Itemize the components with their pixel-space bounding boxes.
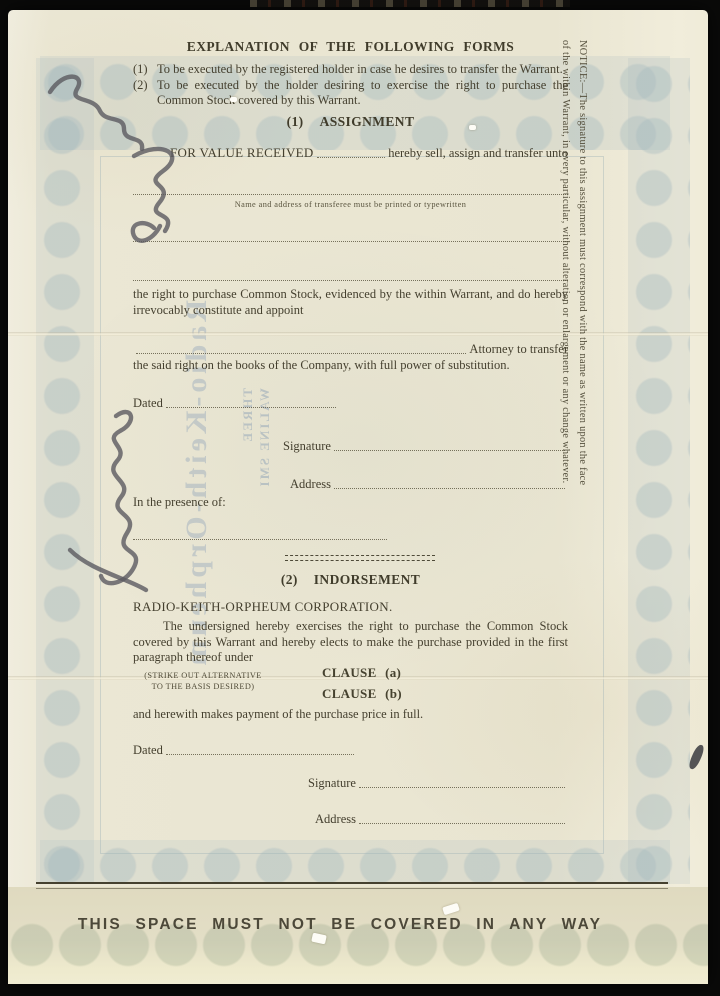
ghost-line: THREE [240,388,255,578]
dotted-blank-attorney [136,353,466,354]
indorsement-heading-number: (2) [281,572,298,587]
clause-a-option: CLAUSE (a) [322,665,401,681]
attorney-line: Attorney to transfer [133,342,568,356]
dotted-blank-address [334,488,565,489]
indorsement-address-field: Address [315,812,568,826]
indorsement-paragraph: The undersigned hereby exercises the rig… [133,619,568,666]
for-value-received-line: FOR VALUE RECEIVED hereby sell, assign a… [170,146,568,160]
dotted-blank-dated-2 [166,754,354,755]
handwritten-signature-left [40,402,162,600]
signature-label: Signature [308,776,356,790]
bottom-warning-text: THIS SPACE MUST NOT BE COVERED IN ANY WA… [60,916,620,934]
attorney-label: Attorney to transfer [469,342,568,356]
witness-blank-line [133,539,387,540]
payment-line: and herewith makes payment of the purcha… [133,707,568,723]
assignment-heading-number: (1) [287,114,304,129]
fold-crease-upper [8,332,708,336]
scanned-warrant-back-page: Radio-Keith-Orpheum THREE WALINE SMI NOT… [0,0,720,996]
clause-b-option: CLAUSE (b) [322,686,402,702]
bottom-rule [36,882,668,889]
assignment-signature-field: Signature [283,439,568,453]
strike-out-note: (STRIKE OUT ALTERNATIVE TO THE BASIS DES… [136,671,270,692]
indorsement-signature-field: Signature [308,776,568,790]
strike-out-note-line-2: TO THE BASIS DESIRED) [152,682,255,691]
dotted-blank-signature-2 [359,787,565,788]
for-value-received-rest: hereby sell, assign and transfer unto [388,146,568,160]
ghost-showthrough-text: THREE WALINE SMI [238,388,274,578]
address-label: Address [315,812,356,826]
page-title: EXPLANATION OF THE FOLLOWING FORMS [133,39,568,55]
assignment-heading-text: ASSIGNMENT [320,114,415,129]
appoint-paragraph: the right to purchase Common Stock, evid… [133,287,568,318]
substitution-line: the said right on the books of the Compa… [133,358,568,374]
dotted-blank-address-2 [359,823,565,824]
notice-line-1: NOTICE:—The signature to this assignment… [574,40,591,536]
ghost-border-right [628,58,690,884]
assignment-address-field: Address [290,477,568,491]
dotted-blank-dated [166,407,336,408]
bottom-border-strip [8,887,708,984]
ghost-line: WALINE SMI [257,388,272,578]
blank-line-3 [133,280,568,281]
section-separator [285,555,435,561]
paper-damage-speck [469,125,476,130]
company-name: RADIO-KEITH-ORPHEUM CORPORATION. [133,599,393,615]
indorsement-dated-field: Dated [133,743,357,757]
strike-out-note-line-1: (STRIKE OUT ALTERNATIVE [144,671,262,680]
indorsement-heading-text: INDORSEMENT [314,572,420,587]
indorsement-heading: (2)INDORSEMENT [133,572,568,588]
handwritten-signature-top-left [34,62,206,248]
signature-label: Signature [283,439,331,453]
instruction-2-text: To be executed by the holder desiring to… [157,78,568,108]
dotted-blank-transferor [317,157,386,158]
instruction-1-text: To be executed by the registered holder … [157,62,568,77]
dated-label: Dated [133,743,163,757]
paper-damage-speck [230,97,237,102]
scan-edge-artifact [250,0,570,7]
assignment-dated-field: Dated [133,396,339,410]
dotted-blank-signature [334,450,565,451]
address-label: Address [290,477,331,491]
